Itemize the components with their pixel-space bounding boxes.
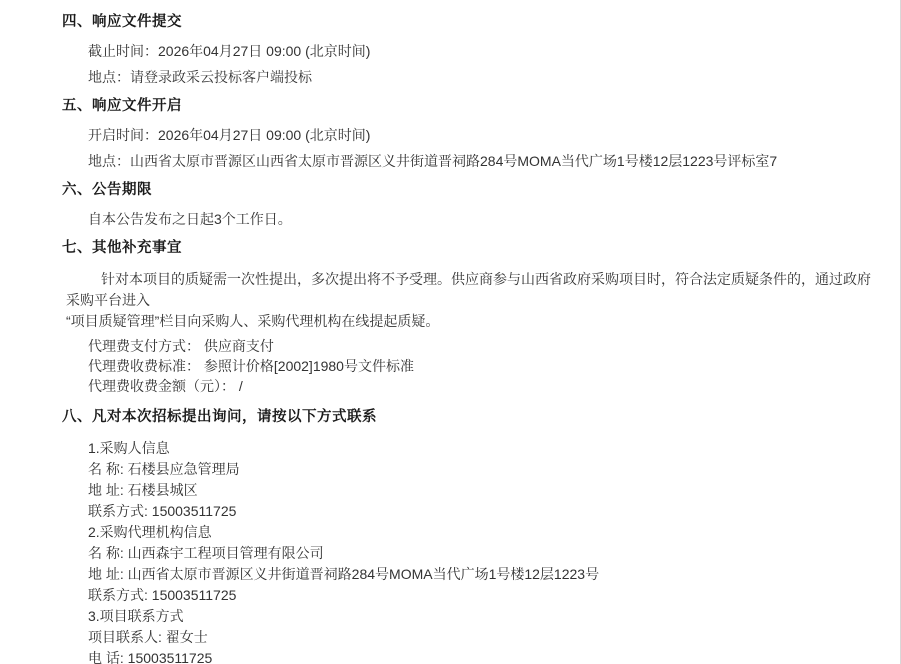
section-heading-period: 六、公告期限 — [62, 181, 900, 200]
section-response-file-submission: 四、响应文件提交 截止时间：2026年04月27日 09:00 (北京时间) 地… — [0, 13, 900, 85]
purchaser-name-line: 名 称: 石楼县应急管理局 — [88, 459, 900, 480]
agency-name-line: 名 称: 山西森宇工程项目管理有限公司 — [88, 543, 900, 564]
section-heading-supplementary: 七、其他补充事宜 — [62, 239, 900, 258]
section-response-file-opening: 五、响应文件开启 开启时间：2026年04月27日 09:00 (北京时间) 地… — [0, 97, 900, 169]
section-other-supplementary-matters: 七、其他补充事宜 针对本项目的质疑需一次性提出，多次提出将不予受理。供应商参与山… — [0, 239, 900, 396]
agency-fee-standard-line: 代理费收费标准： 参照计价格[2002]1980号文件标准 — [88, 356, 900, 376]
agency-fee-amount-line: 代理费收费金额（元）： / — [88, 376, 900, 396]
agency-phone-line: 联系方式: 15003511725 — [88, 585, 900, 606]
project-contact-title: 3.项目联系方式 — [88, 606, 900, 627]
submission-deadline-line: 截止时间：2026年04月27日 09:00 (北京时间) — [88, 43, 900, 59]
tender-announcement-page: 四、响应文件提交 截止时间：2026年04月27日 09:00 (北京时间) 地… — [0, 0, 901, 664]
agency-address-line: 地 址: 山西省太原市晋源区义井街道晋祠路284号MOMA当代广场1号楼12层1… — [88, 564, 900, 585]
section-contact-information: 八、凡对本次招标提出询问，请按以下方式联系 1.采购人信息 名 称: 石楼县应急… — [0, 408, 900, 664]
project-contact-person-line: 项目联系人: 翟女士 — [88, 627, 900, 648]
query-policy-line-2: “项目质疑管理”栏目向采购人、采购代理机构在线提起质疑。 — [66, 313, 439, 329]
purchaser-info-title: 1.采购人信息 — [88, 438, 900, 459]
purchaser-phone-line: 联系方式: 15003511725 — [88, 501, 900, 522]
section-heading-opening: 五、响应文件开启 — [62, 97, 900, 116]
section-heading-submission: 四、响应文件提交 — [62, 13, 900, 32]
purchaser-address-line: 地 址: 石楼县城区 — [88, 480, 900, 501]
query-policy-line-1: 针对本项目的质疑需一次性提出，多次提出将不予受理。供应商参与山西省政府采购项目时… — [66, 271, 871, 308]
query-policy-paragraph: 针对本项目的质疑需一次性提出，多次提出将不予受理。供应商参与山西省政府采购项目时… — [66, 269, 882, 332]
section-announcement-period: 六、公告期限 自本公告发布之日起3个工作日。 — [0, 181, 900, 227]
submission-location-line: 地点：请登录政采云投标客户端投标 — [88, 69, 900, 85]
opening-location-line: 地点：山西省太原市晋源区山西省太原市晋源区义井街道晋祠路284号MOMA当代广场… — [88, 153, 900, 169]
opening-time-line: 开启时间：2026年04月27日 09:00 (北京时间) — [88, 127, 900, 143]
agency-fee-payment-line: 代理费支付方式： 供应商支付 — [88, 336, 900, 356]
section-heading-contact: 八、凡对本次招标提出询问，请按以下方式联系 — [62, 408, 900, 427]
project-contact-phone-line: 电 话: 15003511725 — [88, 648, 900, 664]
agency-info-title: 2.采购代理机构信息 — [88, 522, 900, 543]
announcement-period-line: 自本公告发布之日起3个工作日。 — [88, 211, 900, 227]
